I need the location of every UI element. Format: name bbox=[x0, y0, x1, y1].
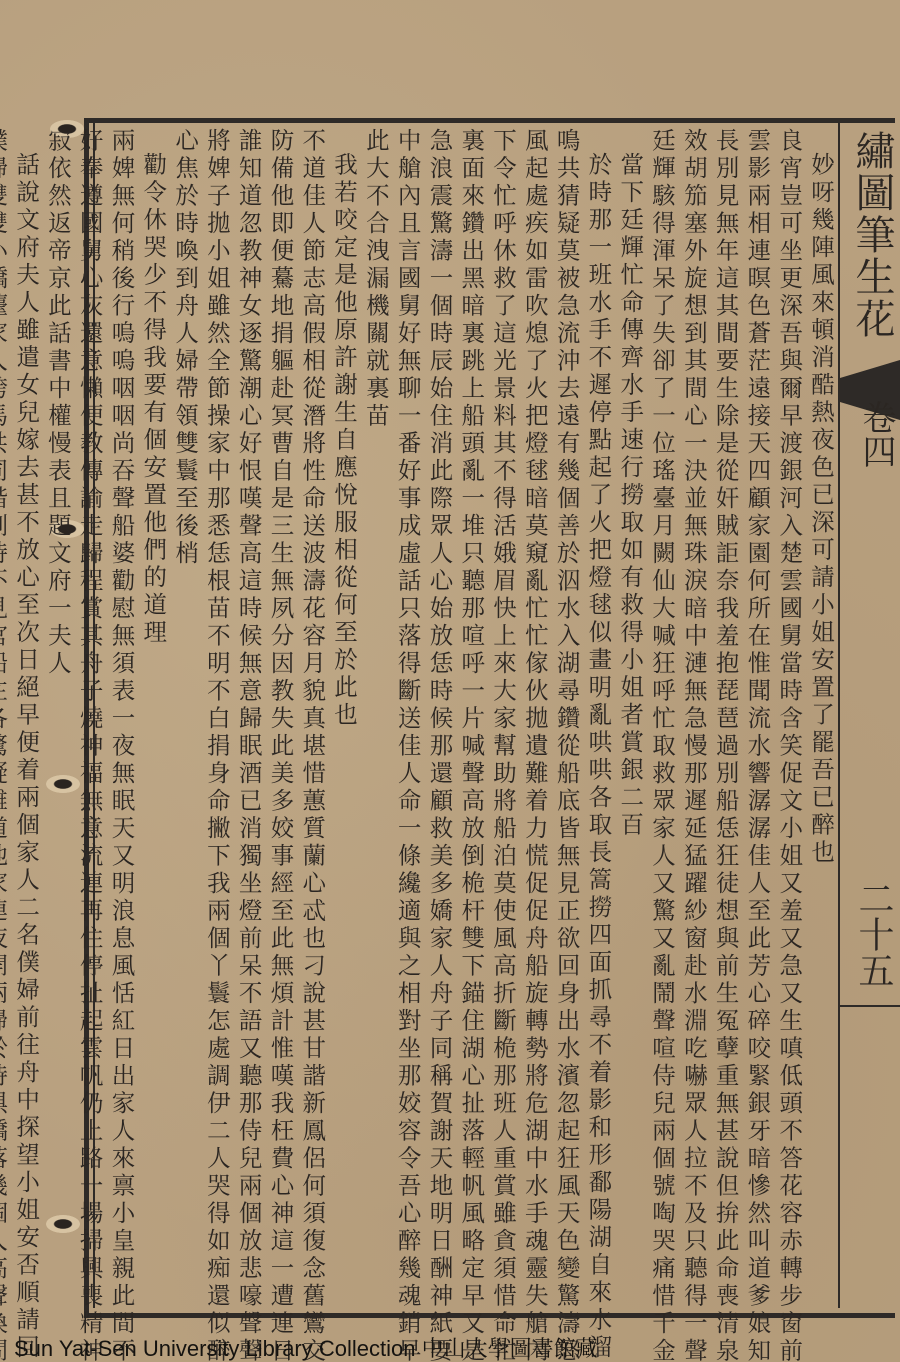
text-column: 鳴共猜疑莫被急流沖去遠有幾個善於泅水入湖尋鑽從船底皆無見正欲回身出水濱忽起狂風天… bbox=[550, 128, 582, 1303]
caption-english: Sun Yat-Sen University Library Collectio… bbox=[14, 1336, 415, 1361]
text-column: 下令忙呼休救了這光景料其不得活娥眉快上來大家幫助將船泊莫使風高折斷桅那班人重賞雖… bbox=[486, 128, 518, 1303]
text-column: 不道佳人節志高假相從潛將性命送波濤花容月貌真堪惜蕙質蘭心忒也刁說甚甘諧新鳳侶何須… bbox=[295, 128, 327, 1303]
text-column: 於時那一班水手不遲停點起了火把燈毬似畫明亂哄哄各取長篙撈四面抓尋不着影和形鄱陽湖… bbox=[582, 128, 614, 1303]
text-column: 裏面來鑽出黑暗裏跳上船頭亂一堆只聽那喧呼一片喊聲高放倒桅杆雙下錨住湖心扯落輕帆風… bbox=[454, 128, 486, 1303]
text-column: 風起處疾如雷吹熄了火把燈毬暗莫窺亂忙忙傢伙拋遺難着力慌促促舟船旋轉勢將危湖中水手… bbox=[518, 128, 550, 1303]
page-number: 二十五 bbox=[848, 880, 899, 988]
text-column: 勸令休哭少不得我要有個安置他們的道理 bbox=[136, 128, 168, 1303]
text-column: 僕婦雙雙小轎擡家人跨馬共同偕到時不見官船在各驚疑難道他家連夜開兩婦於時俱轎落幾個… bbox=[0, 128, 9, 1303]
text-column: 好奉遵國舅心灰還意懶便教傳諭走歸程賞其舟子燒神福無意流連再住停扯起雲帆仍上路一場… bbox=[73, 128, 105, 1303]
volume-label: 卷四 bbox=[852, 400, 900, 468]
text-column: 話說文府夫人雖遣女兒嫁去甚不放心至次日絕早便着兩個家人二名僕婦前往舟中探望小姐安… bbox=[9, 128, 41, 1303]
text-column: 長別見無年這其間要生除是從奸賊詎奈我羞抱琵琶過別船恁狂徒想與前生冤孽重無甚說但拚… bbox=[709, 128, 741, 1303]
book-title: 繡圖筆生花 bbox=[848, 130, 896, 340]
text-column: 防備他即便驀地捐軀赴冥曹自是三生無夙分因教失此美多姣事經至此無煩計惟嘆我枉費心神… bbox=[264, 128, 296, 1303]
text-column: 寂依然返帝京此話書中權慢表且題文府一夫人 bbox=[41, 128, 73, 1303]
text-column: 心焦於時喚到舟人婦帶領雙鬟至後梢 bbox=[168, 128, 200, 1303]
text-column: 將婢子拋小姐雖然全節操家中那悉恁根苗不明不白捐身命撇下我兩個丫鬟怎處調伊二人哭得… bbox=[200, 128, 232, 1303]
text-column: 效胡笳塞外旋想到其間心一決並無珠淚暗中漣無急慢那遲延猛躍紗窗赴水淵吃嚇眾人拉不及… bbox=[677, 128, 709, 1303]
text-column: 廷輝駭得渾呆了失卻了一位瑤臺月闕仙大喊狂呼忙取救眾家人又驚又亂鬧聲喧侍兒兩個號啕… bbox=[645, 128, 677, 1303]
caption-chinese: 中山大學圖書館藏 bbox=[422, 1337, 598, 1362]
text-column: 良宵豈可坐更深吾與爾早渡銀河入楚雲國舅當時含笑促文小姐又羞又急又生嗔低頭不答花容… bbox=[772, 128, 804, 1303]
text-column: 妙呀幾陣風來頓消酷熱夜色已深可請小姐安置了罷吾已醉也 bbox=[804, 128, 836, 1303]
text-column: 中艙內且言國舅好無聊一番好事成虛話只落得斷送佳人命一條纔適與之相對坐那姣容令吾心… bbox=[391, 128, 423, 1303]
text-column: 此大不合洩漏機關就裏苗 bbox=[359, 128, 391, 1303]
text-column: 我若咬定是他原許謝生自應悅服相從何至於此也 bbox=[327, 128, 359, 1303]
margin-divider bbox=[840, 1005, 900, 1007]
library-caption: Sun Yat-Sen University Library Collectio… bbox=[14, 1332, 598, 1362]
text-column: 當下廷輝忙命傳齊水手速行撈取如有救得小姐者賞銀二百 bbox=[613, 128, 645, 1303]
text-column: 兩婢無何稍後行嗚嗚咽咽尚吞聲船婆勸慰無須表一夜無眠天又明浪息風恬紅日出家人來禀小… bbox=[105, 128, 137, 1303]
body-text: 妙呀幾陣風來頓消酷熱夜色已深可請小姐安置了罷吾已醉也 良宵豈可坐更深吾與爾早渡銀… bbox=[98, 128, 836, 1303]
text-column: 急浪震驚濤一個時辰始住消此際眾人心始放恁時候那還顧救美多嬌家人舟子同稱賀謝天地明… bbox=[423, 128, 455, 1303]
text-column: 誰知道忽教神女逐驚潮心好恨嘆聲高這時候無意歸眠酒已消獨坐燈前呆不語又聽那侍兒兩個… bbox=[232, 128, 264, 1303]
text-column: 雲影兩相連暝色蒼茫遠接天四顧家園何所在惟聞流水響潺潺佳人至此芳心碎咬緊銀牙暗慘然… bbox=[741, 128, 773, 1303]
